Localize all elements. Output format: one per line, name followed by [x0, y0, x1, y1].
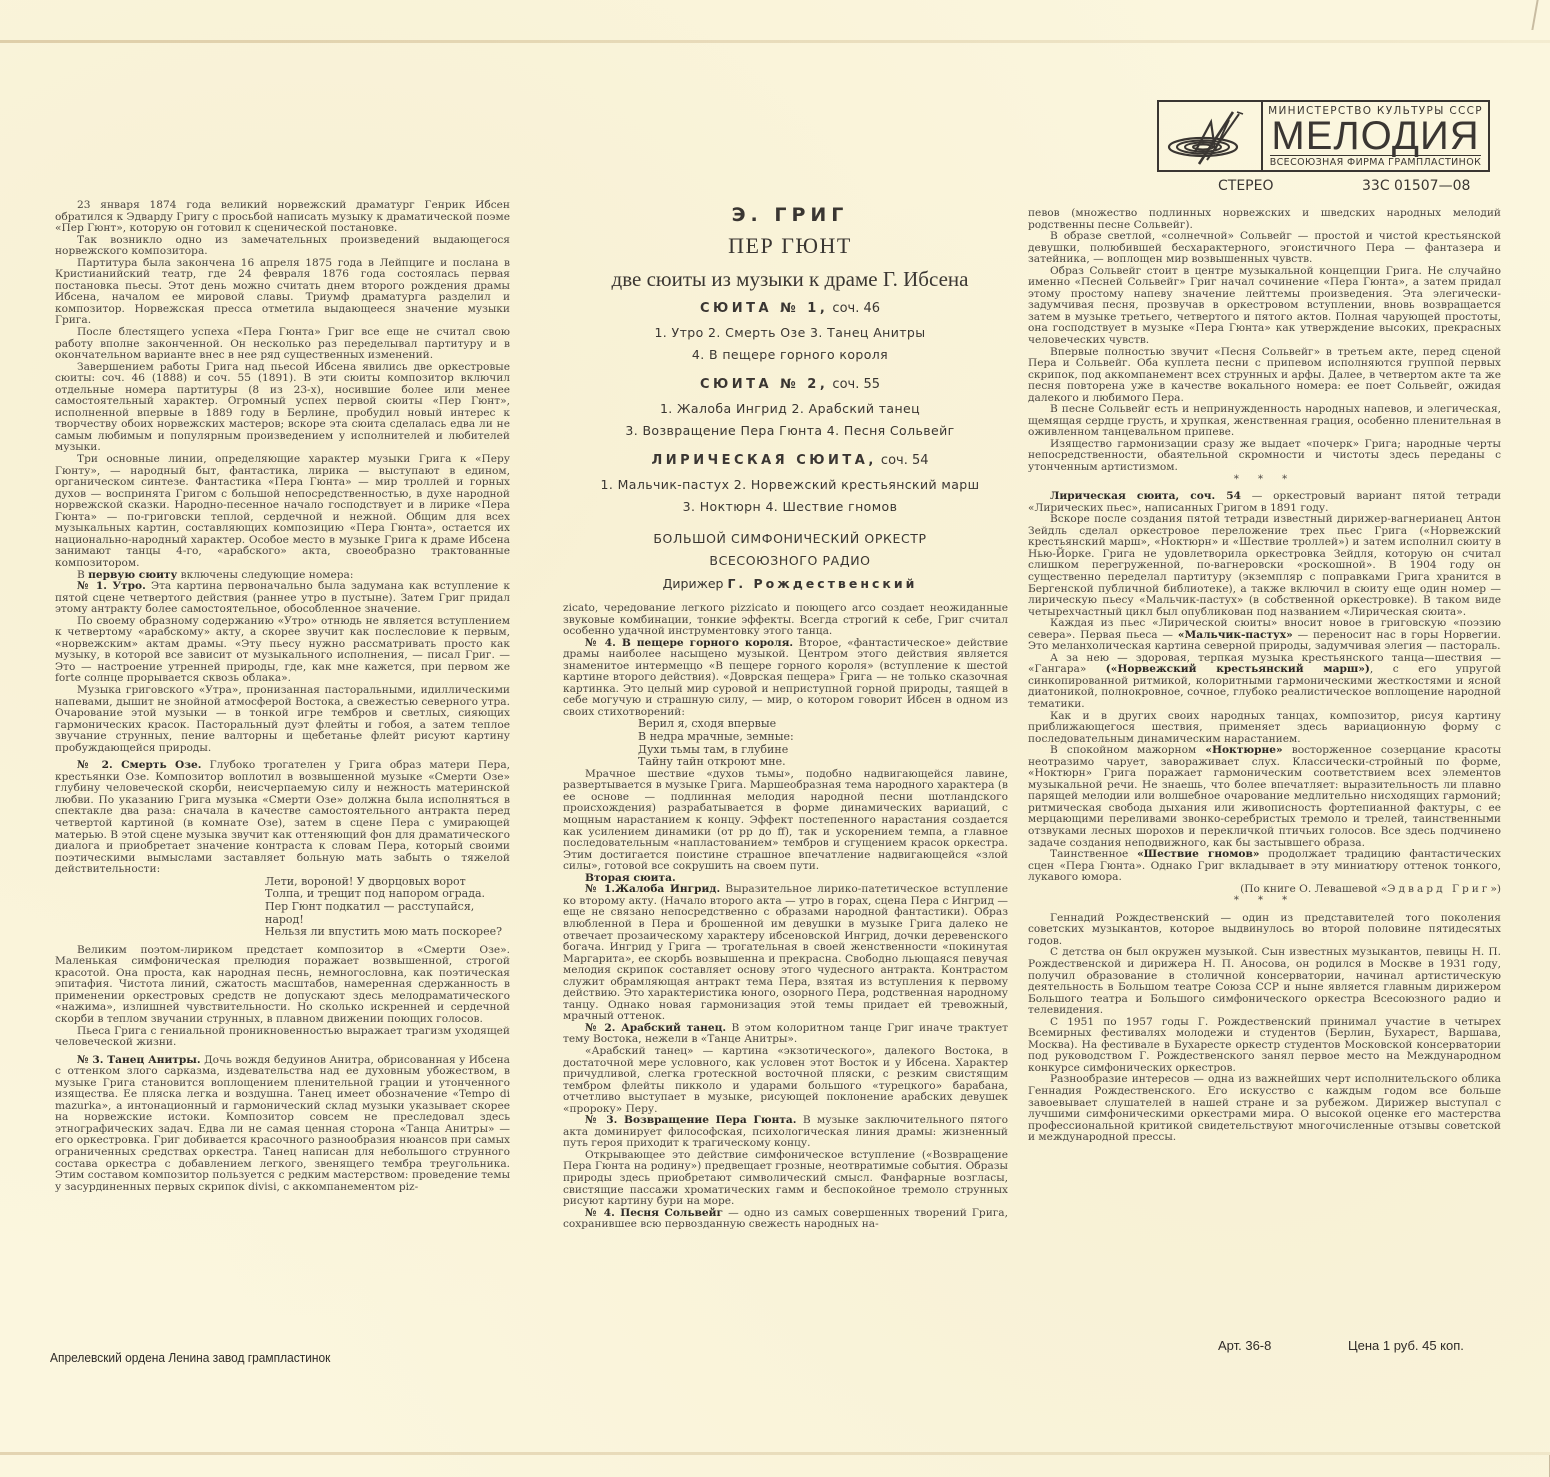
company-line: ВСЕСОЮЗНАЯ ФИРМА ГРАМПЛАСТИНОК	[1270, 155, 1482, 168]
paragraph: Образ Сольвейг стоит в центре музыкально…	[1028, 266, 1501, 347]
article-number: Арт. 36-8	[1218, 1338, 1271, 1353]
sleeve-fold-top	[0, 40, 1550, 43]
paragraph: Три основные линии, определяющие характе…	[55, 454, 510, 569]
paragraph: «Арабский танец» — картина «экзотическог…	[563, 1046, 1008, 1115]
sleeve-fold-bottom	[0, 1452, 1550, 1455]
paragraph: Открывающее это действие симфоническое в…	[563, 1150, 1008, 1208]
paragraph: Мрачное шествие «духов тьмы», подобно на…	[563, 769, 1008, 873]
paragraph: Таинственное «Шествие гномов» продолжает…	[1028, 849, 1501, 884]
paragraph: А за нею — здоровая, терпкая музыка крес…	[1028, 653, 1501, 711]
paragraph: После блестящего успеха «Пера Гюнта» Гри…	[55, 327, 510, 362]
paragraph: Вскоре после создания пятой тетради изве…	[1028, 514, 1501, 618]
lyric-suite-intro: Лирическая сюита, соч. 54 — оркестровый …	[1028, 491, 1501, 514]
conductor: Дирижер Г. Рождественский	[555, 572, 1025, 596]
paragraph: Геннадий Рождественский — один из предст…	[1028, 913, 1501, 948]
work-subtitle: две сюиты из музыки к драме Г. Ибсена	[555, 262, 1025, 296]
melodiya-logo: МИНИСТЕРСТВО КУЛЬТУРЫ СССР МЕЛОДИЯ ВСЕСО…	[1157, 100, 1490, 172]
paragraph: Впервые полностью звучит «Песня Сольвейг…	[1028, 347, 1501, 405]
track-note-4: № 4. В пещере горного короля. Второе, «ф…	[563, 638, 1008, 719]
album-header: Э. ГРИГ ПЕР ГЮНТ две сюиты из музыки к д…	[555, 200, 1025, 596]
catalog-number: 33С 01507—08	[1362, 178, 1470, 194]
paragraph: Завершением работы Грига над пьесой Ибсе…	[55, 362, 510, 454]
sleeve-edge	[1531, 0, 1538, 30]
liner-notes-left-column: 23 января 1874 года великий норвежский д…	[55, 200, 510, 1193]
paragraph: Музыка григовского «Утра», пронизанная п…	[55, 685, 510, 754]
brand-name: МЕЛОДИЯ	[1271, 117, 1479, 155]
verse-line: Пер Гюнт подкатил — расступайся, народ!	[55, 901, 510, 926]
suite-2-tracks-line: 3. Возвращение Пера Гюнта 4. Песня Сольв…	[555, 420, 1025, 442]
paragraph: По своему образному содержанию «Утро» от…	[55, 616, 510, 685]
paragraph: С детства он был окружен музыкой. Сын из…	[1028, 947, 1501, 1016]
paragraph: Великим поэтом-лириком предстает компози…	[55, 945, 510, 1026]
orchestra-line: ВСЕСОЮЗНОГО РАДИО	[555, 550, 1025, 572]
manufacturer-line: Апрелевский ордена Ленина завод грамплас…	[50, 1350, 330, 1365]
paragraph: В песне Сольвейг есть и непринужденность…	[1028, 404, 1501, 439]
liner-notes-right-column: певов (множество подлинных норвежских и …	[1028, 208, 1501, 1144]
paragraph: Каждая из пьес «Лирической сюиты» вносит…	[1028, 618, 1501, 653]
suite-1-tracks-line: 1. Утро 2. Смерть Озе 3. Танец Анитры	[555, 322, 1025, 344]
paragraph: Изящество гармонизации сразу же выдает «…	[1028, 439, 1501, 474]
paragraph: Так возникло одно из замечательных произ…	[55, 235, 510, 258]
paragraph: Как и в других своих народных танцах, ко…	[1028, 711, 1501, 746]
paragraph: В спокойном мажорном «Ноктюрне» восторже…	[1028, 745, 1501, 849]
liner-notes-middle-column: zicato, чередование легкого pizzicato и …	[563, 603, 1008, 1231]
source-citation: (По книге О. Левашевой «Эдвард Григ»)	[1028, 884, 1501, 896]
paragraph: 23 января 1874 года великий норвежский д…	[55, 200, 510, 235]
suite-1-title: СЮИТА № 1, соч. 46	[555, 296, 1025, 322]
paragraph: Разнообразие интересов — одна из важнейш…	[1028, 1074, 1501, 1143]
melodiya-record-emblem-icon	[1159, 102, 1263, 170]
suite2-note-1: № 1.Жалоба Ингрид. Выразительное лирико-…	[563, 884, 1008, 1023]
suite-2-tracks-line: 1. Жалоба Ингрид 2. Арабский танец	[555, 398, 1025, 420]
track-note-2: № 2. Смерть Озе. Глубоко трогателен у Гр…	[55, 760, 510, 875]
track-note-3: № 3. Танец Анитры. Дочь вождя бедуинов А…	[55, 1055, 510, 1194]
section-divider: * * *	[1028, 895, 1501, 907]
suite-2-title: СЮИТА № 2, соч. 55	[555, 372, 1025, 398]
verse-line: Тайну тайн откроют мне.	[563, 756, 1008, 769]
lyric-suite-tracks-line: 1. Мальчик-пастух 2. Норвежский крестьян…	[555, 474, 1025, 496]
price: Цена 1 руб. 45 коп.	[1348, 1338, 1464, 1353]
track-note-1: № 1. Утро. Эта картина первоначально был…	[55, 581, 510, 616]
paragraph: В образе светлой, «солнечной» Сольвейг —…	[1028, 231, 1501, 266]
paragraph: певов (множество подлинных норвежских и …	[1028, 208, 1501, 231]
suite-1-tracks-line: 4. В пещере горного короля	[555, 344, 1025, 366]
lyric-suite-title: ЛИРИЧЕСКАЯ СЮИТА, соч. 54	[555, 448, 1025, 474]
verse-line: Нельзя ли впустить мою мать поскорее?	[55, 926, 510, 939]
stereo-label: СТЕРЕО	[1218, 178, 1273, 194]
suite2-note-2: № 2. Арабский танец. В этом колоритном т…	[563, 1023, 1008, 1046]
verse-line: В недра мрачные, земные:	[563, 731, 1008, 744]
lyric-suite-tracks-line: 3. Ноктюрн 4. Шествие гномов	[555, 496, 1025, 518]
paragraph: Партитура была закончена 16 апреля 1875 …	[55, 258, 510, 327]
suite2-note-3: № 3. Возвращение Пера Гюнта. В музыке за…	[563, 1115, 1008, 1150]
suite2-note-4: № 4. Песня Сольвейг — одно из самых сове…	[563, 1208, 1008, 1231]
paragraph: С 1951 по 1957 годы Г. Рождественский пр…	[1028, 1017, 1501, 1075]
work-title: ПЕР ГЮНТ	[555, 230, 1025, 262]
section-divider: * * *	[1028, 474, 1501, 486]
paragraph: Пьеса Грига с гениальной проникновенност…	[55, 1026, 510, 1049]
orchestra-line: БОЛЬШОЙ СИМФОНИЧЕСКИЙ ОРКЕСТР	[555, 528, 1025, 550]
composer: Э. ГРИГ	[555, 200, 1025, 230]
paragraph: zicato, чередование легкого pizzicato и …	[563, 603, 1008, 638]
